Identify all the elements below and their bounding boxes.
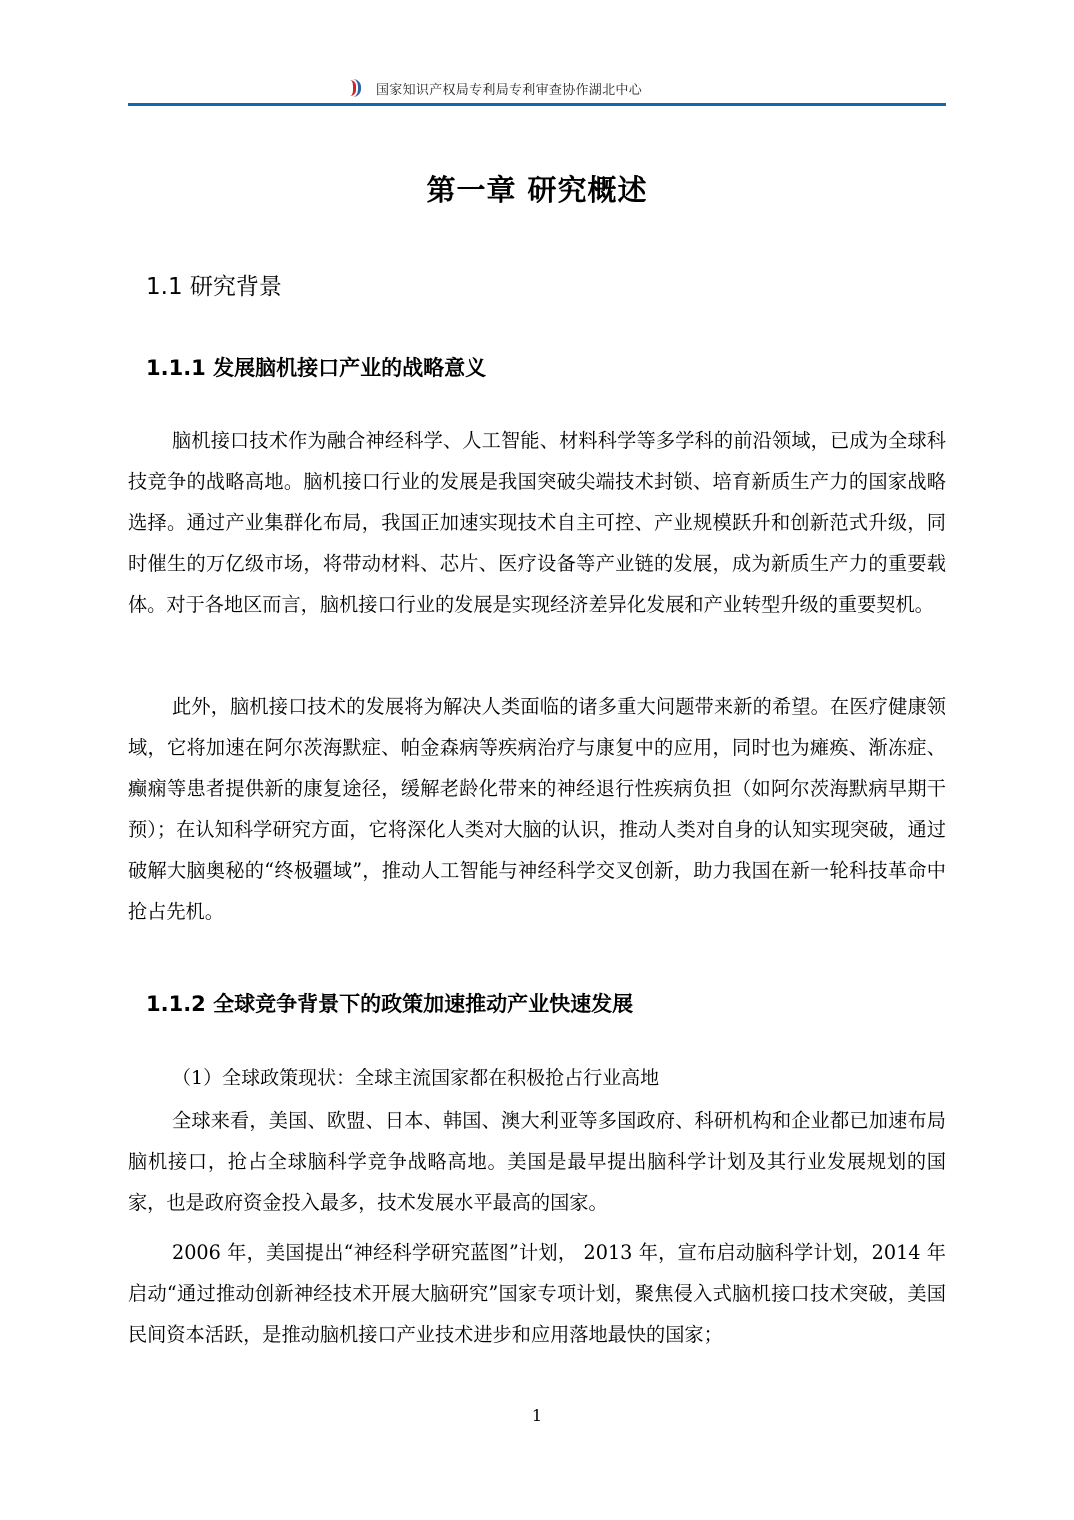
section-heading-1-1: 1.1 研究背景 [146,268,282,301]
page-number: 1 [0,1406,1074,1425]
chapter-title: 第一章 研究概述 [0,168,1074,209]
subitem-global-policy: （1）全球政策现状：全球主流国家都在积极抢占行业高地 [172,1058,659,1099]
sipo-hubei-logo-icon [348,78,362,98]
section-heading-1-1-2: 1.1.2 全球竞争背景下的政策加速推动产业快速发展 [146,988,633,1018]
organization-name: 国家知识产权局专利局专利审查协作湖北中心 [376,79,642,98]
paragraph-us-policy-timeline: 2006 年，美国提出“神经科学研究蓝图”计划， 2013 年，宣布启动脑科学计… [128,1232,946,1355]
section-heading-1-1-1: 1.1.1 发展脑机接口产业的战略意义 [146,352,486,382]
header-divider [128,103,946,106]
header-content: 国家知识产权局专利局专利审查协作湖北中心 [348,78,642,98]
paragraph-strategic-significance: 脑机接口技术作为融合神经科学、人工智能、材料科学等多学科的前沿领域，已成为全球科… [128,420,946,625]
paragraph-medical-cognitive-impact: 此外，脑机接口技术的发展将为解决人类面临的诸多重大问题带来新的希望。在医疗健康领… [128,686,946,932]
paragraph-global-overview: 全球来看，美国、欧盟、日本、韩国、澳大利亚等多国政府、科研机构和企业都已加速布局… [128,1100,946,1223]
page-header: 国家知识产权局专利局专利审查协作湖北中心 [128,74,946,102]
